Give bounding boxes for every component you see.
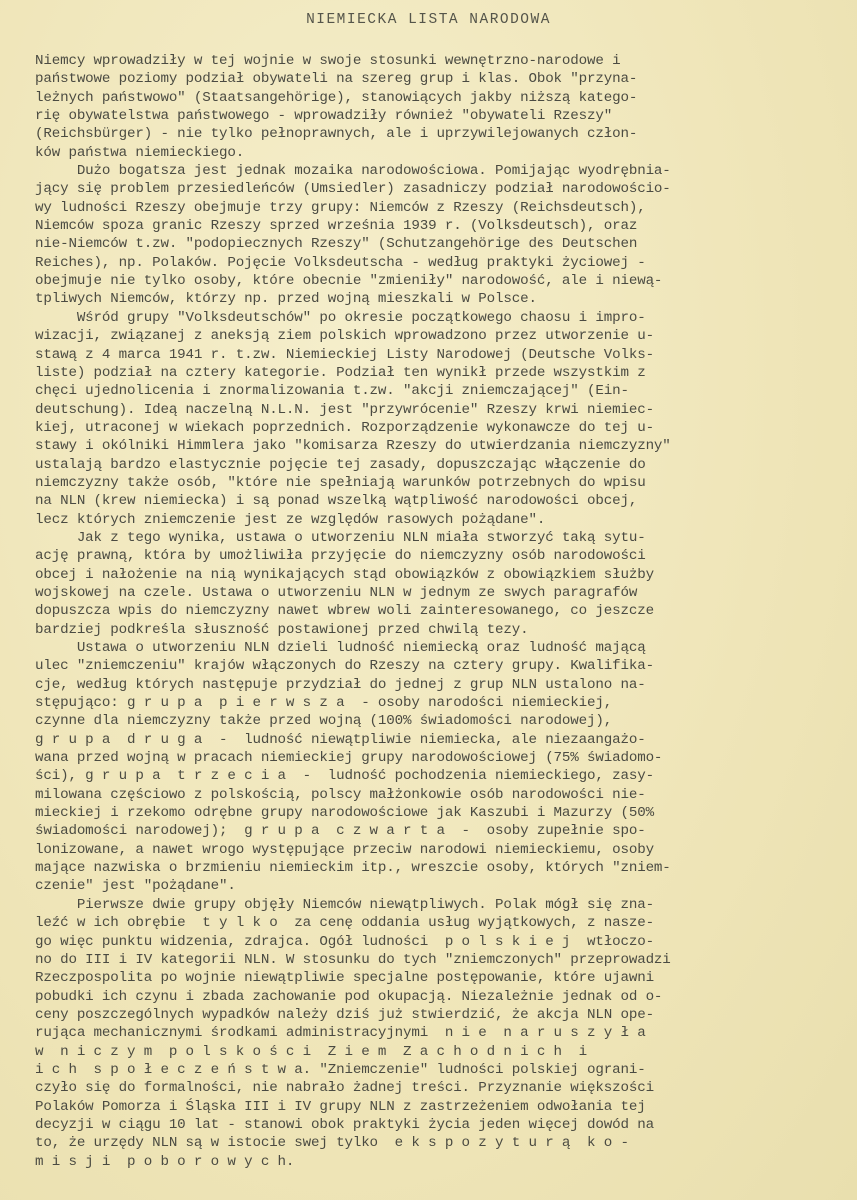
text-line: ków państwa niemieckiego. [35, 144, 835, 162]
text-line: chęci ujednolicenia i znormalizowania t.… [35, 382, 835, 400]
document-title: NIEMIECKA LISTA NARODOWA [0, 12, 857, 28]
text-line: Polaków Pomorza i Śląska III i IV grupy … [35, 1098, 835, 1116]
text-line: Jak z tego wynika, ustawa o utworzeniu N… [35, 529, 835, 547]
text-line: stępująco: g r u p a p i e r w s z a - o… [35, 694, 835, 712]
text-line: czenie" jest "pożądane". [35, 877, 835, 895]
text-line: jący się problem przesiedleńców (Umsiedl… [35, 180, 835, 198]
text-line: stawą z 4 marca 1941 r. t.zw. Niemieckie… [35, 346, 835, 364]
text-line: i c h s p o ł e c z e ń s t w a. "Zniemc… [35, 1061, 835, 1079]
text-line: mające nazwiska o brzmieniu niemieckim i… [35, 859, 835, 877]
text-line: Niemcy wprowadziły w tej wojnie w swoje … [35, 52, 835, 70]
text-line: decyzji w ciągu 10 lat - stanowi obok pr… [35, 1116, 835, 1134]
text-line: leźć w ich obrębie t y l k o za cenę odd… [35, 914, 835, 932]
text-line: mieckiej i rzekomo odrębne grupy narodow… [35, 804, 835, 822]
text-line: na NLN (krew niemiecka) i są ponad wszel… [35, 492, 835, 510]
text-line: m i s j i p o b o r o w y c h. [35, 1153, 835, 1171]
text-line: ści), g r u p a t r z e c i a - ludność … [35, 767, 835, 785]
text-line: ceny poszczególnych wypadków należy dziś… [35, 1006, 835, 1024]
text-line: ulec "zniemczeniu" krajów włączonych do … [35, 657, 835, 675]
text-line: lecz których zniemczenie jest ze względó… [35, 511, 835, 529]
typewritten-page: NIEMIECKA LISTA NARODOWA Niemcy wprowadz… [0, 0, 857, 1200]
text-line: niemczyzny także osób, "które nie spełni… [35, 474, 835, 492]
text-line: tpliwych Niemców, którzy np. przed wojną… [35, 290, 835, 308]
text-line: leżnych państwowo" (Staatsangehörige), s… [35, 89, 835, 107]
text-line: milowana częściowo z polskością, polscy … [35, 786, 835, 804]
text-line: no do III i IV kategorii NLN. W stosunku… [35, 951, 835, 969]
text-line: (Reichsbürger) - nie tylko pełnoprawnych… [35, 125, 835, 143]
text-line: Ustawa o utworzeniu NLN dzieli ludność n… [35, 639, 835, 657]
text-line: rująca mechanicznymi środkami administra… [35, 1024, 835, 1042]
text-line: obcej i nałożenie na nią wynikających st… [35, 566, 835, 584]
text-line: czynne dla niemczyzny także przed wojną … [35, 712, 835, 730]
text-line: lonizowane, a nawet wrogo występujące pr… [35, 841, 835, 859]
text-line: obejmuje nie tylko osoby, które obecnie … [35, 272, 835, 290]
text-line: wana przed wojną w pracach niemieckiej g… [35, 749, 835, 767]
text-line: Rzeczpospolita po wojnie niewątpliwie sp… [35, 969, 835, 987]
text-line: g r u p a d r u g a - ludność niewątpliw… [35, 731, 835, 749]
text-line: Wśród grupy "Volksdeutschów" po okresie … [35, 309, 835, 327]
text-line: to, że urzędy NLN są w istocie swej tylk… [35, 1134, 835, 1152]
text-line: nie-Niemców t.zw. "podopiecznych Rzeszy"… [35, 235, 835, 253]
text-line: ację prawną, która by umożliwiła przyjęc… [35, 547, 835, 565]
text-line: rię obywatelstwa państwowego - wprowadzi… [35, 107, 835, 125]
text-line: liste) podział na cztery kategorie. Podz… [35, 364, 835, 382]
text-line: cje, według których następuje przydział … [35, 676, 835, 694]
text-line: świadomości narodowej); g r u p a c z w … [35, 822, 835, 840]
document-body: Niemcy wprowadziły w tej wojnie w swoje … [35, 52, 835, 1171]
text-line: pobudki ich czynu i zbada zachowanie pod… [35, 988, 835, 1006]
text-line: bardziej podkreśla słuszność postawionej… [35, 621, 835, 639]
text-line: państwowe poziomy podział obywateli na s… [35, 70, 835, 88]
text-line: czyło się do formalności, nie nabrało ża… [35, 1079, 835, 1097]
text-line: Dużo bogatsza jest jednak mozaika narodo… [35, 162, 835, 180]
text-line: kiej, utraconej w wiekach poprzednich. R… [35, 419, 835, 437]
text-line: dopuszcza wpis do niemczyzny nawet wbrew… [35, 602, 835, 620]
text-line: wizacji, związanej z aneksją ziem polski… [35, 327, 835, 345]
text-line: deutschung). Ideą naczelną N.L.N. jest "… [35, 401, 835, 419]
text-line: Niemców spoza granic Rzeszy sprzed wrześ… [35, 217, 835, 235]
text-line: Reiches), np. Polaków. Pojęcie Volksdeut… [35, 254, 835, 272]
text-line: w n i c z y m p o l s k o ś c i Z i e m … [35, 1043, 835, 1061]
text-line: wy ludności Rzeszy obejmuje trzy grupy: … [35, 199, 835, 217]
text-line: Pierwsze dwie grupy objęły Niemców niewą… [35, 896, 835, 914]
text-line: stawy i okólniki Himmlera jako "komisarz… [35, 437, 835, 455]
text-line: wojskowej na czele. Ustawa o utworzeniu … [35, 584, 835, 602]
text-line: go więc punktu widzenia, zdrajca. Ogół l… [35, 933, 835, 951]
text-line: ustalają bardzo elastycznie pojęcie tej … [35, 456, 835, 474]
